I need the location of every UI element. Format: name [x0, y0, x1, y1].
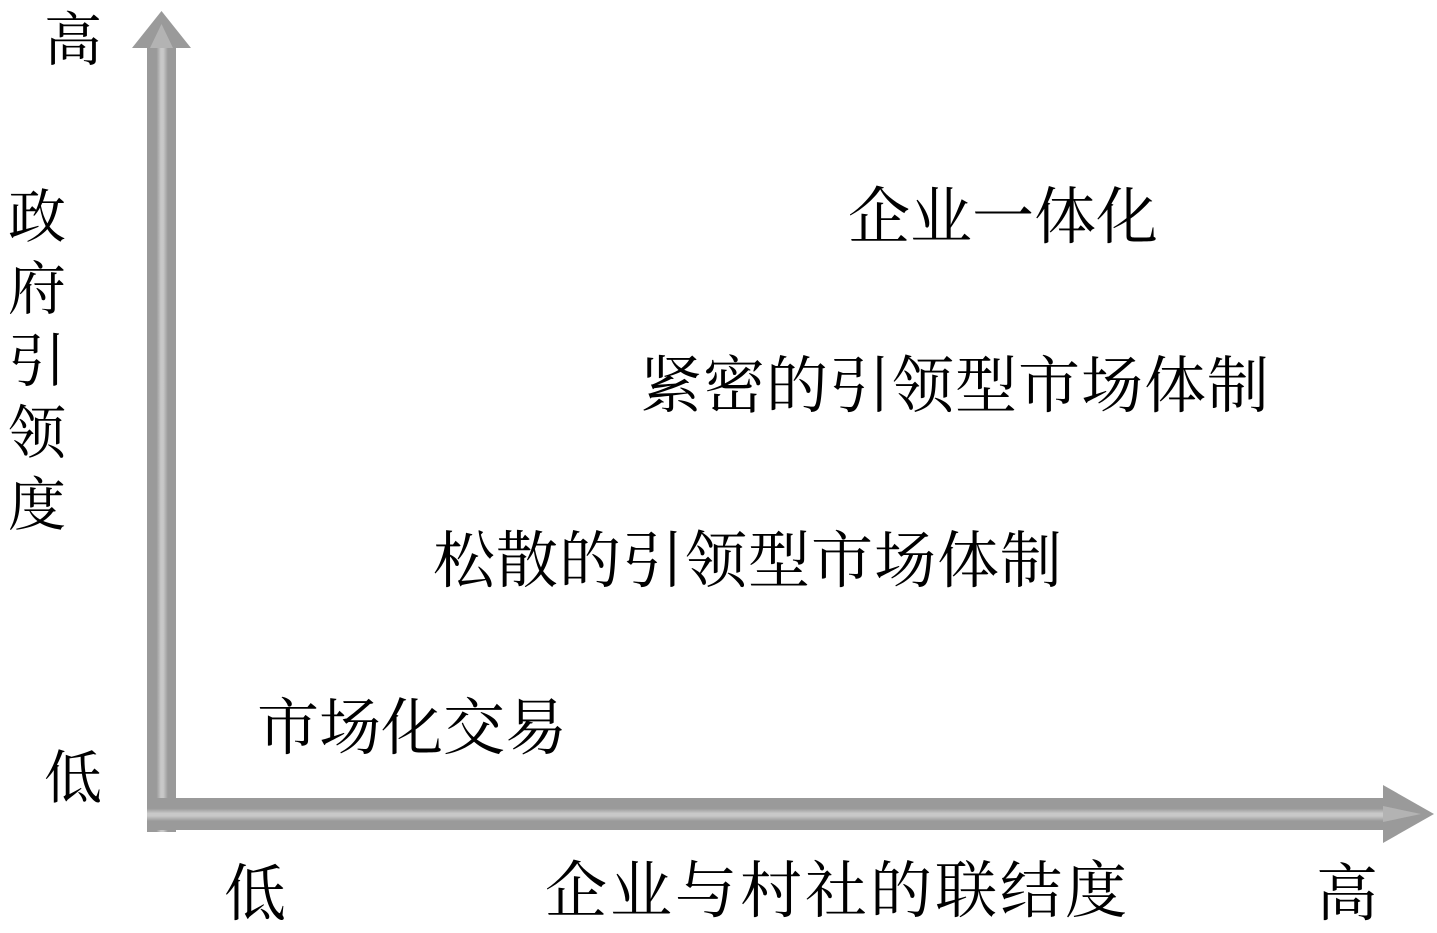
label-loose-guided-market-system: 松散的引领型市场体制 — [433, 531, 1063, 593]
y-axis-low-label: 低 — [44, 750, 102, 808]
x-axis-low-label: 低 — [224, 864, 286, 926]
label-tight-guided-market-system: 紧密的引领型市场体制 — [640, 356, 1270, 418]
x-axis-high-label: 高 — [1316, 864, 1378, 926]
y-axis-title: 政府引领度 — [2, 186, 60, 546]
label-marketized-transaction: 市场化交易 — [257, 698, 567, 760]
x-axis-title: 企业与村社的联结度 — [545, 861, 1130, 923]
label-enterprise-integration: 企业一体化 — [848, 187, 1158, 249]
x-axis-arrow-icon — [147, 785, 1434, 843]
figure-root: 高 政府引领度 低 市场化交易 松散的引领型市场体制 紧密的引领型市场体制 企业… — [0, 0, 1437, 933]
y-axis-high-label: 高 — [44, 12, 102, 70]
axes — [0, 0, 1437, 933]
y-axis-arrow-icon — [132, 11, 191, 832]
